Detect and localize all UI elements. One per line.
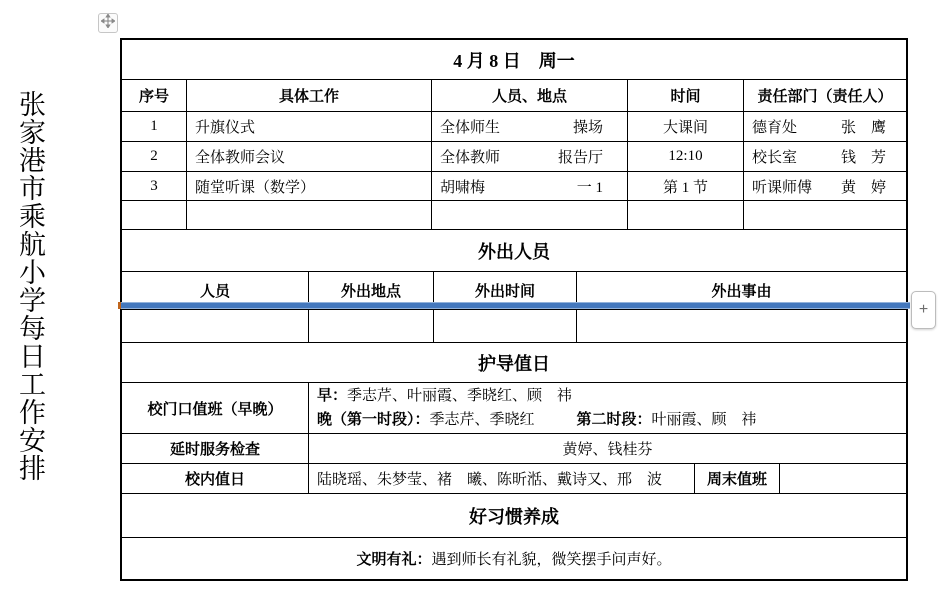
gate-duty-content: 早：季志芹、叶丽霞、季晓红、顾 祎 晚（第一时段）：季志芹、季晓红第二时段：叶丽… xyxy=(309,383,906,433)
gate-evening-label: 晚（第一时段）： xyxy=(317,412,430,428)
gate-evening-line: 晚（第一时段）：季志芹、季晓红第二时段：叶丽霞、顾 祎 xyxy=(317,408,757,432)
gate-second-label: 第二时段： xyxy=(577,412,652,428)
duty-section-title: 护导值日 xyxy=(122,343,906,382)
header-dept: 责任部门（责任人） xyxy=(744,80,906,111)
table-row-empty xyxy=(122,201,906,230)
table-row: 1 升旗仪式 全体师生 操场 大课间 德育处 张 鹰 xyxy=(122,112,906,142)
outing-row-empty xyxy=(122,310,906,343)
campus-duty-names: 陆晓瑶、朱梦莹、褚 曦、陈昕湉、戴诗又、邢 波 xyxy=(309,464,695,493)
gate-duty-row: 校门口值班（早晚） 早：季志芹、叶丽霞、季晓红、顾 祎 晚（第一时段）：季志芹、… xyxy=(122,383,906,434)
gate-second-names: 叶丽霞、顾 祎 xyxy=(652,412,757,428)
cell-person: 全体教师 xyxy=(440,146,500,167)
cell-people-place: 全体师生 操场 xyxy=(432,112,628,141)
header-time: 时间 xyxy=(628,80,744,111)
habit-section-row: 好习惯养成 xyxy=(122,494,906,538)
date-title-row: 4 月 8 日 周一 xyxy=(122,40,906,80)
campus-duty-row: 校内值日 陆晓瑶、朱梦莹、褚 曦、陈昕湉、戴诗又、邢 波 周末值班 xyxy=(122,464,906,494)
cell-dept-name: 听课师傅 xyxy=(752,176,812,197)
cell-people-place: 全体教师 报告厅 xyxy=(432,142,628,171)
line-core xyxy=(118,303,910,308)
delay-check-row: 延时服务检查 黄婷、钱桂芬 xyxy=(122,434,906,464)
habit-content: 文明有礼：遇到师长有礼貌，微笑摆手问声好。 xyxy=(122,538,906,579)
outing-cell-person xyxy=(122,310,309,342)
delay-check-names: 黄婷、钱桂芬 xyxy=(309,434,906,463)
date-title: 4 月 8 日 周一 xyxy=(122,40,906,79)
cell-dept: 听课师傅 黄 婷 xyxy=(744,172,906,200)
insert-row-button[interactable]: + xyxy=(911,291,936,329)
cell-place: 报告厅 xyxy=(558,146,603,167)
delay-check-label: 延时服务检查 xyxy=(122,434,309,463)
weekend-duty-label: 周末值班 xyxy=(695,464,780,493)
outing-section-title: 外出人员 xyxy=(122,230,906,271)
campus-duty-label: 校内值日 xyxy=(122,464,309,493)
cell-time: 第 1 节 xyxy=(628,172,744,200)
table-move-handle[interactable] xyxy=(98,13,118,33)
gate-morning-line: 早：季志芹、叶丽霞、季晓红、顾 祎 xyxy=(317,384,572,408)
cell-no: 3 xyxy=(122,172,187,200)
cell-task xyxy=(187,201,432,229)
move-icon xyxy=(101,14,115,33)
cell-task: 随堂听课（数学） xyxy=(187,172,432,200)
cell-task: 全体教师会议 xyxy=(187,142,432,171)
gate-duty-label: 校门口值班（早晚） xyxy=(122,383,309,433)
horizontal-line-shape[interactable] xyxy=(118,302,910,309)
cell-place: 一 1 xyxy=(577,176,603,197)
cell-time: 大课间 xyxy=(628,112,744,141)
header-people-place: 人员、地点 xyxy=(432,80,628,111)
outing-cell-reason xyxy=(577,310,906,342)
habit-item-label: 文明有礼： xyxy=(356,548,431,569)
cell-person: 全体师生 xyxy=(440,116,500,137)
plus-icon: + xyxy=(919,301,928,319)
cell-place: 操场 xyxy=(573,116,603,137)
cell-dept-name: 校长室 xyxy=(752,146,797,167)
line-end-handle xyxy=(118,302,121,309)
outing-cell-time xyxy=(434,310,577,342)
cell-task: 升旗仪式 xyxy=(187,112,432,141)
habit-section-title: 好习惯养成 xyxy=(122,494,906,537)
cell-dept-name: 德育处 xyxy=(752,116,797,137)
outing-cell-place xyxy=(309,310,434,342)
cell-dept: 校长室 钱 芳 xyxy=(744,142,906,171)
page-title: 张家港市乘航小学每日工作安排 xyxy=(14,90,46,515)
cell-dept: 德育处 张 鹰 xyxy=(744,112,906,141)
cell-people-place: 胡啸梅 一 1 xyxy=(432,172,628,200)
table-row: 3 随堂听课（数学） 胡啸梅 一 1 第 1 节 听课师傅 黄 婷 xyxy=(122,172,906,201)
table-row: 2 全体教师会议 全体教师 报告厅 12:10 校长室 钱 芳 xyxy=(122,142,906,172)
cell-owner: 黄 婷 xyxy=(841,176,886,197)
daily-schedule-table: 4 月 8 日 周一 序号 具体工作 人员、地点 时间 责任部门（责任人） 1 … xyxy=(120,38,908,581)
cell-time: 12:10 xyxy=(628,142,744,171)
duty-section-row: 护导值日 xyxy=(122,343,906,383)
weekend-duty-names xyxy=(780,464,906,493)
gate-morning-label: 早： xyxy=(317,388,347,404)
header-no: 序号 xyxy=(122,80,187,111)
cell-no xyxy=(122,201,187,229)
header-task: 具体工作 xyxy=(187,80,432,111)
gate-evening-names: 季志芹、季晓红 xyxy=(430,412,535,428)
cell-owner: 钱 芳 xyxy=(841,146,886,167)
outing-section-row: 外出人员 xyxy=(122,230,906,272)
cell-person: 胡啸梅 xyxy=(440,176,485,197)
document-page: 张家港市乘航小学每日工作安排 4 月 8 日 周一 序号 具体工作 xyxy=(0,0,944,599)
gate-morning-names: 季志芹、叶丽霞、季晓红、顾 祎 xyxy=(347,388,572,404)
cell-no: 2 xyxy=(122,142,187,171)
schedule-header-row: 序号 具体工作 人员、地点 时间 责任部门（责任人） xyxy=(122,80,906,112)
habit-content-row: 文明有礼：遇到师长有礼貌，微笑摆手问声好。 xyxy=(122,538,906,579)
cell-time xyxy=(628,201,744,229)
habit-item-text: 遇到师长有礼貌，微笑摆手问声好。 xyxy=(432,548,672,569)
cell-people-place xyxy=(432,201,628,229)
cell-owner: 张 鹰 xyxy=(841,116,886,137)
cell-dept xyxy=(744,201,906,229)
cell-no: 1 xyxy=(122,112,187,141)
